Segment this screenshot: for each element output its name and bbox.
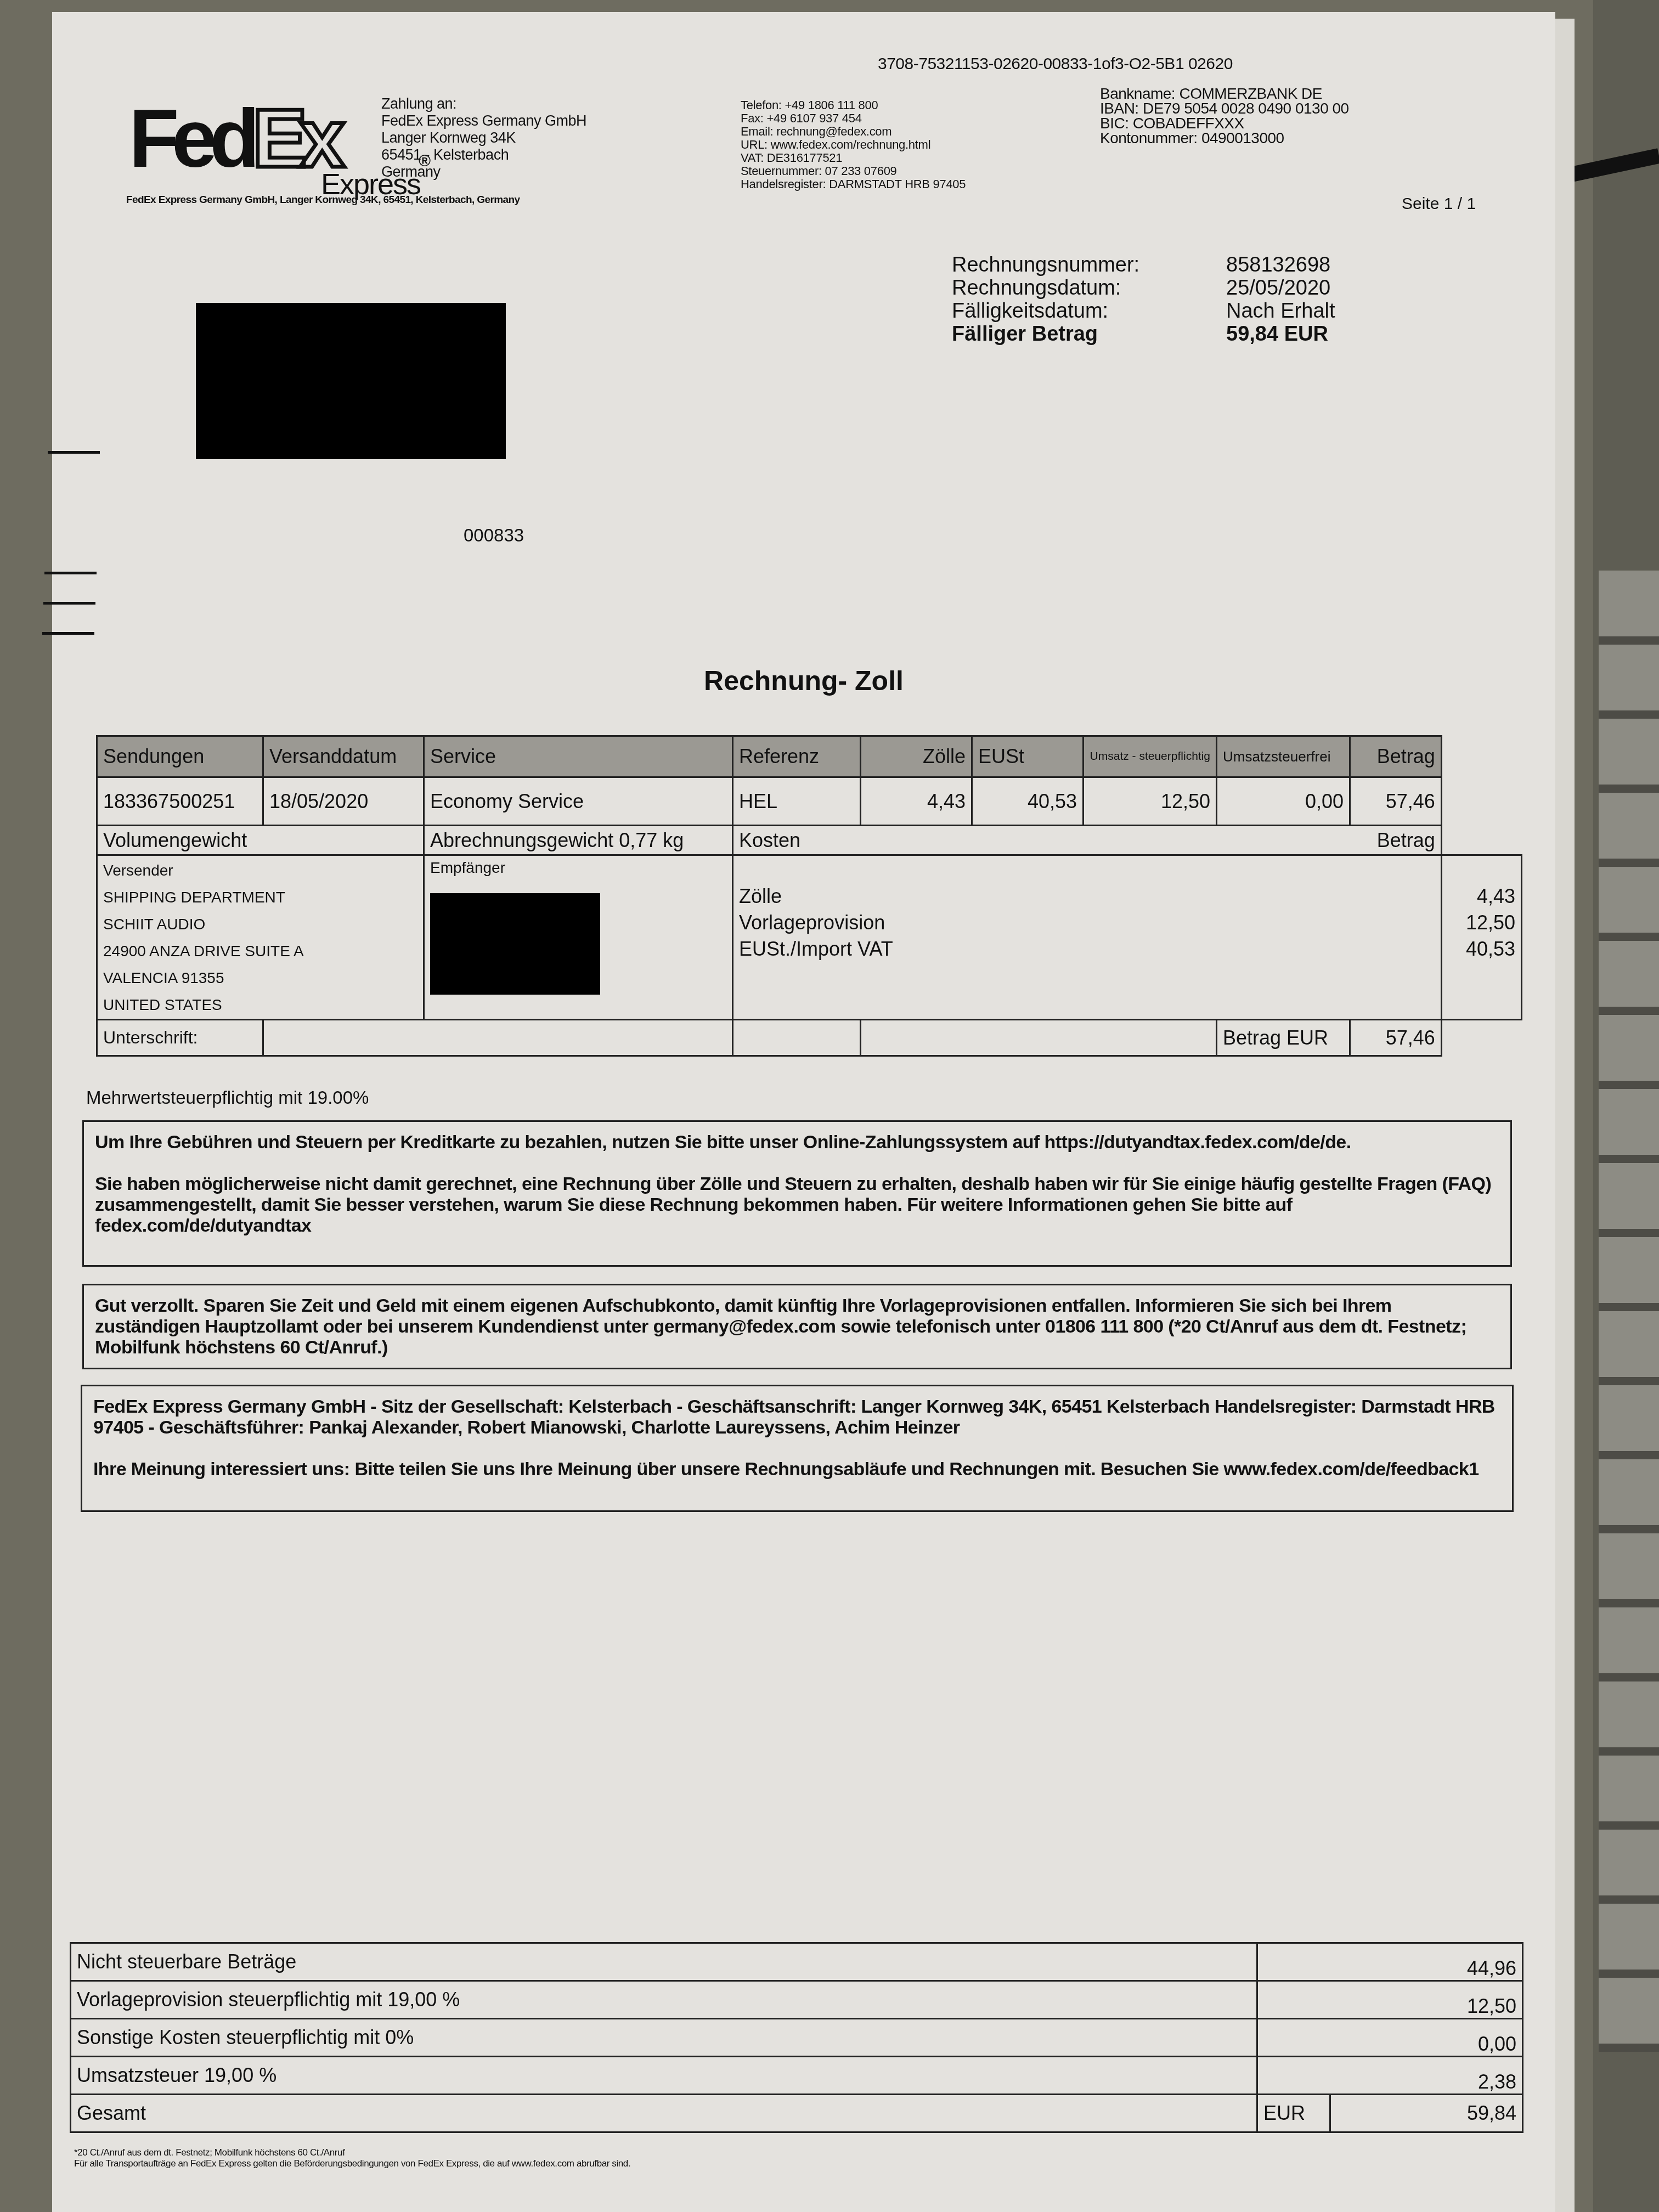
shipper-cell: Versender SHIPPING DEPARTMENT SCHIIT AUD… bbox=[97, 855, 424, 1020]
summary-row: Umsatzsteuer 19,00 % 2,38 bbox=[71, 2057, 1523, 2095]
address-row: Versender SHIPPING DEPARTMENT SCHIIT AUD… bbox=[97, 855, 1522, 1020]
info-paragraph: Gut verzollt. Sparen Sie Zeit und Geld m… bbox=[95, 1295, 1499, 1358]
sender-address-line: FedEx Express Germany GmbH, Langer Kornw… bbox=[126, 194, 520, 206]
cost-item-value: 12,50 bbox=[1448, 910, 1515, 936]
info-paragraph: FedEx Express Germany GmbH - Sitz der Ge… bbox=[93, 1396, 1501, 1438]
footnotes: *20 Ct./Anruf aus dem dt. Festnetz; Mobi… bbox=[74, 2147, 630, 2169]
info-box-company: FedEx Express Germany GmbH - Sitz der Ge… bbox=[81, 1385, 1514, 1512]
invoice-number: 858132698 bbox=[1226, 253, 1335, 276]
info-paragraph: Sie haben möglicherweise nicht damit ger… bbox=[95, 1173, 1499, 1236]
due-date-label: Fälligkeitsdatum: bbox=[952, 300, 1226, 323]
payee-block: Zahlung an: FedEx Express Germany GmbH L… bbox=[381, 95, 586, 180]
vat-note: Mehrwertsteuerpflichtig mit 19.00% bbox=[86, 1087, 369, 1108]
summary-label: Umsatzsteuer 19,00 % bbox=[71, 2057, 1257, 2095]
summary-table: Nicht steuerbare Beträge 44,96 Vorlagepr… bbox=[70, 1942, 1523, 2133]
shipper-label: Versender bbox=[103, 857, 417, 884]
volume-weight-label: Volumengewicht bbox=[97, 826, 424, 855]
costs-label: Kosten bbox=[733, 826, 1350, 855]
signature-label: Unterschrift: bbox=[97, 1020, 263, 1056]
table-row: 183367500251 18/05/2020 Economy Service … bbox=[97, 777, 1522, 826]
payee-line: FedEx Express Germany GmbH bbox=[381, 112, 586, 129]
fold-mark bbox=[48, 451, 100, 454]
summary-total-label: Gesamt bbox=[71, 2095, 1257, 2132]
summary-value: 2,38 bbox=[1257, 2057, 1523, 2095]
payee-line: Langer Kornweg 34K bbox=[381, 129, 586, 146]
amount-label: Betrag bbox=[1350, 826, 1442, 855]
invoice-page: 3708-75321153-02620-00833-1of3-O2-5B1 02… bbox=[52, 12, 1555, 2212]
empty-cell bbox=[861, 1020, 1217, 1056]
bank-block: Bankname: COMMERZBANK DE IBAN: DE79 5054… bbox=[1100, 86, 1349, 145]
signature-field[interactable] bbox=[263, 1020, 733, 1056]
cell-amount: 57,46 bbox=[1350, 777, 1442, 826]
col-header: Zölle bbox=[861, 736, 972, 777]
fold-mark bbox=[42, 632, 94, 635]
footnote-line: *20 Ct./Anruf aus dem dt. Festnetz; Mobi… bbox=[74, 2147, 630, 2158]
footnote-line: Für alle Transportaufträge an FedEx Expr… bbox=[74, 2158, 630, 2169]
cell-tax-exempt: 0,00 bbox=[1217, 777, 1350, 826]
cell-import-vat: 40,53 bbox=[972, 777, 1084, 826]
payee-label: Zahlung an: bbox=[381, 95, 586, 112]
tracking-line: 3708-75321153-02620-00833-1of3-O2-5B1 02… bbox=[878, 55, 1233, 74]
invoice-date-label: Rechnungsdatum: bbox=[952, 276, 1226, 300]
cell-duties: 4,43 bbox=[861, 777, 972, 826]
summary-label: Nicht steuerbare Beträge bbox=[71, 1943, 1257, 1981]
fedex-logo: FedEx ® Express bbox=[129, 97, 359, 179]
cell-date: 18/05/2020 bbox=[263, 777, 424, 826]
summary-value: 0,00 bbox=[1257, 2019, 1523, 2057]
summary-label: Vorlageprovision steuerpflichtig mit 19,… bbox=[71, 1981, 1257, 2019]
logo-fed: Fed bbox=[129, 92, 252, 184]
contact-line: Email: rechnung@fedex.com bbox=[741, 125, 966, 138]
shipper-line: UNITED STATES bbox=[103, 991, 417, 1018]
fold-mark bbox=[43, 602, 95, 605]
info-box-deferment: Gut verzollt. Sparen Sie Zeit und Geld m… bbox=[82, 1284, 1512, 1369]
invoice-meta: Rechnungsnummer:858132698 Rechnungsdatum… bbox=[952, 253, 1335, 346]
invoice-number-label: Rechnungsnummer: bbox=[952, 253, 1226, 276]
summary-currency: EUR bbox=[1257, 2095, 1330, 2132]
redacted-address bbox=[196, 303, 506, 459]
summary-total-row: Gesamt EUR 59,84 bbox=[71, 2095, 1523, 2132]
table-header-row: Sendungen Versanddatum Service Referenz … bbox=[97, 736, 1522, 777]
summary-value: 44,96 bbox=[1257, 1943, 1523, 1981]
col-header: Sendungen bbox=[97, 736, 263, 777]
contact-line: Steuernummer: 07 233 07609 bbox=[741, 165, 966, 178]
shipper-line: 24900 ANZA DRIVE SUITE A bbox=[103, 938, 417, 964]
summary-label: Sonstige Kosten steuerpflichtig mit 0% bbox=[71, 2019, 1257, 2057]
cost-item-label: Zölle bbox=[739, 883, 1435, 910]
amount-due: 59,84 EUR bbox=[1226, 323, 1335, 346]
bank-line: Kontonummer: 0490013000 bbox=[1100, 131, 1349, 145]
shipment-table: Sendungen Versanddatum Service Referenz … bbox=[96, 735, 1522, 1057]
col-header: Umsatz - steuerpflichtig bbox=[1084, 736, 1217, 777]
fold-mark bbox=[44, 572, 97, 574]
payee-line: 65451 - Kelsterbach bbox=[381, 146, 586, 163]
amount-due-label: Fälliger Betrag bbox=[952, 323, 1226, 346]
info-box-payment: Um Ihre Gebühren und Steuern per Kreditk… bbox=[82, 1120, 1512, 1267]
shipper-line: SHIPPING DEPARTMENT bbox=[103, 884, 417, 911]
page-number: Seite 1 / 1 bbox=[1402, 195, 1476, 213]
col-header: Betrag bbox=[1350, 736, 1442, 777]
col-header: Referenz bbox=[733, 736, 861, 777]
document-title: Rechnung- Zoll bbox=[52, 665, 1555, 697]
contact-line: URL: www.fedex.com/rechnung.html bbox=[741, 138, 966, 151]
summary-total-value: 59,84 bbox=[1330, 2095, 1523, 2132]
contact-line: Handelsregister: DARMSTADT HRB 97405 bbox=[741, 178, 966, 191]
cell-taxable: 12,50 bbox=[1084, 777, 1217, 826]
cost-item-value: 40,53 bbox=[1448, 936, 1515, 962]
summary-value: 12,50 bbox=[1257, 1981, 1523, 2019]
bank-line: BIC: COBADEFFXXX bbox=[1100, 116, 1349, 131]
info-paragraph: Um Ihre Gebühren und Steuern per Kreditk… bbox=[95, 1132, 1499, 1153]
cell-tracking: 183367500251 bbox=[97, 777, 263, 826]
summary-row: Nicht steuerbare Beträge 44,96 bbox=[71, 1943, 1523, 1981]
shipper-line: VALENCIA 91355 bbox=[103, 964, 417, 991]
cell-service: Economy Service bbox=[424, 777, 733, 826]
recipient-cell: Empfänger bbox=[424, 855, 733, 1020]
contact-line: Fax: +49 6107 937 454 bbox=[741, 112, 966, 125]
col-header: Service bbox=[424, 736, 733, 777]
contact-line: VAT: DE316177521 bbox=[741, 151, 966, 165]
total-label: Betrag EUR bbox=[1217, 1020, 1350, 1056]
due-date: Nach Erhalt bbox=[1226, 300, 1335, 323]
cost-item-label: Vorlageprovision bbox=[739, 910, 1435, 936]
recipient-label: Empfänger bbox=[430, 859, 726, 877]
info-paragraph: Ihre Meinung interessiert uns: Bitte tei… bbox=[93, 1459, 1501, 1480]
cost-item-label: EUSt./Import VAT bbox=[739, 936, 1435, 962]
bank-line: Bankname: COMMERZBANK DE bbox=[1100, 86, 1349, 101]
reference-code: 000833 bbox=[464, 525, 524, 546]
col-header: Umsatzsteuerfrei bbox=[1217, 736, 1350, 777]
summary-row: Vorlageprovision steuerpflichtig mit 19,… bbox=[71, 1981, 1523, 2019]
cost-items-cell: Zölle Vorlageprovision EUSt./Import VAT bbox=[733, 855, 1442, 1020]
bank-line: IBAN: DE79 5054 0028 0490 0130 00 bbox=[1100, 101, 1349, 116]
contact-block: Telefon: +49 1806 111 800 Fax: +49 6107 … bbox=[741, 99, 966, 191]
signature-row: Unterschrift: Betrag EUR 57,46 bbox=[97, 1020, 1522, 1056]
redacted-recipient bbox=[430, 893, 600, 995]
empty-cell bbox=[733, 1020, 861, 1056]
invoice-date: 25/05/2020 bbox=[1226, 276, 1335, 300]
total-value: 57,46 bbox=[1350, 1020, 1442, 1056]
col-header: EUSt bbox=[972, 736, 1084, 777]
summary-row: Sonstige Kosten steuerpflichtig mit 0% 0… bbox=[71, 2019, 1523, 2057]
payee-line: Germany bbox=[381, 163, 586, 180]
cost-values-cell: 4,43 12,50 40,53 bbox=[1441, 855, 1521, 1020]
background-keyboard bbox=[1599, 571, 1659, 2052]
col-header: Versanddatum bbox=[263, 736, 424, 777]
shipper-line: SCHIIT AUDIO bbox=[103, 911, 417, 938]
billing-weight: Abrechnungsgewicht 0,77 kg bbox=[424, 826, 733, 855]
cost-item-value: 4,43 bbox=[1448, 883, 1515, 910]
contact-line: Telefon: +49 1806 111 800 bbox=[741, 99, 966, 112]
weight-row: Volumengewicht Abrechnungsgewicht 0,77 k… bbox=[97, 826, 1522, 855]
cell-reference: HEL bbox=[733, 777, 861, 826]
